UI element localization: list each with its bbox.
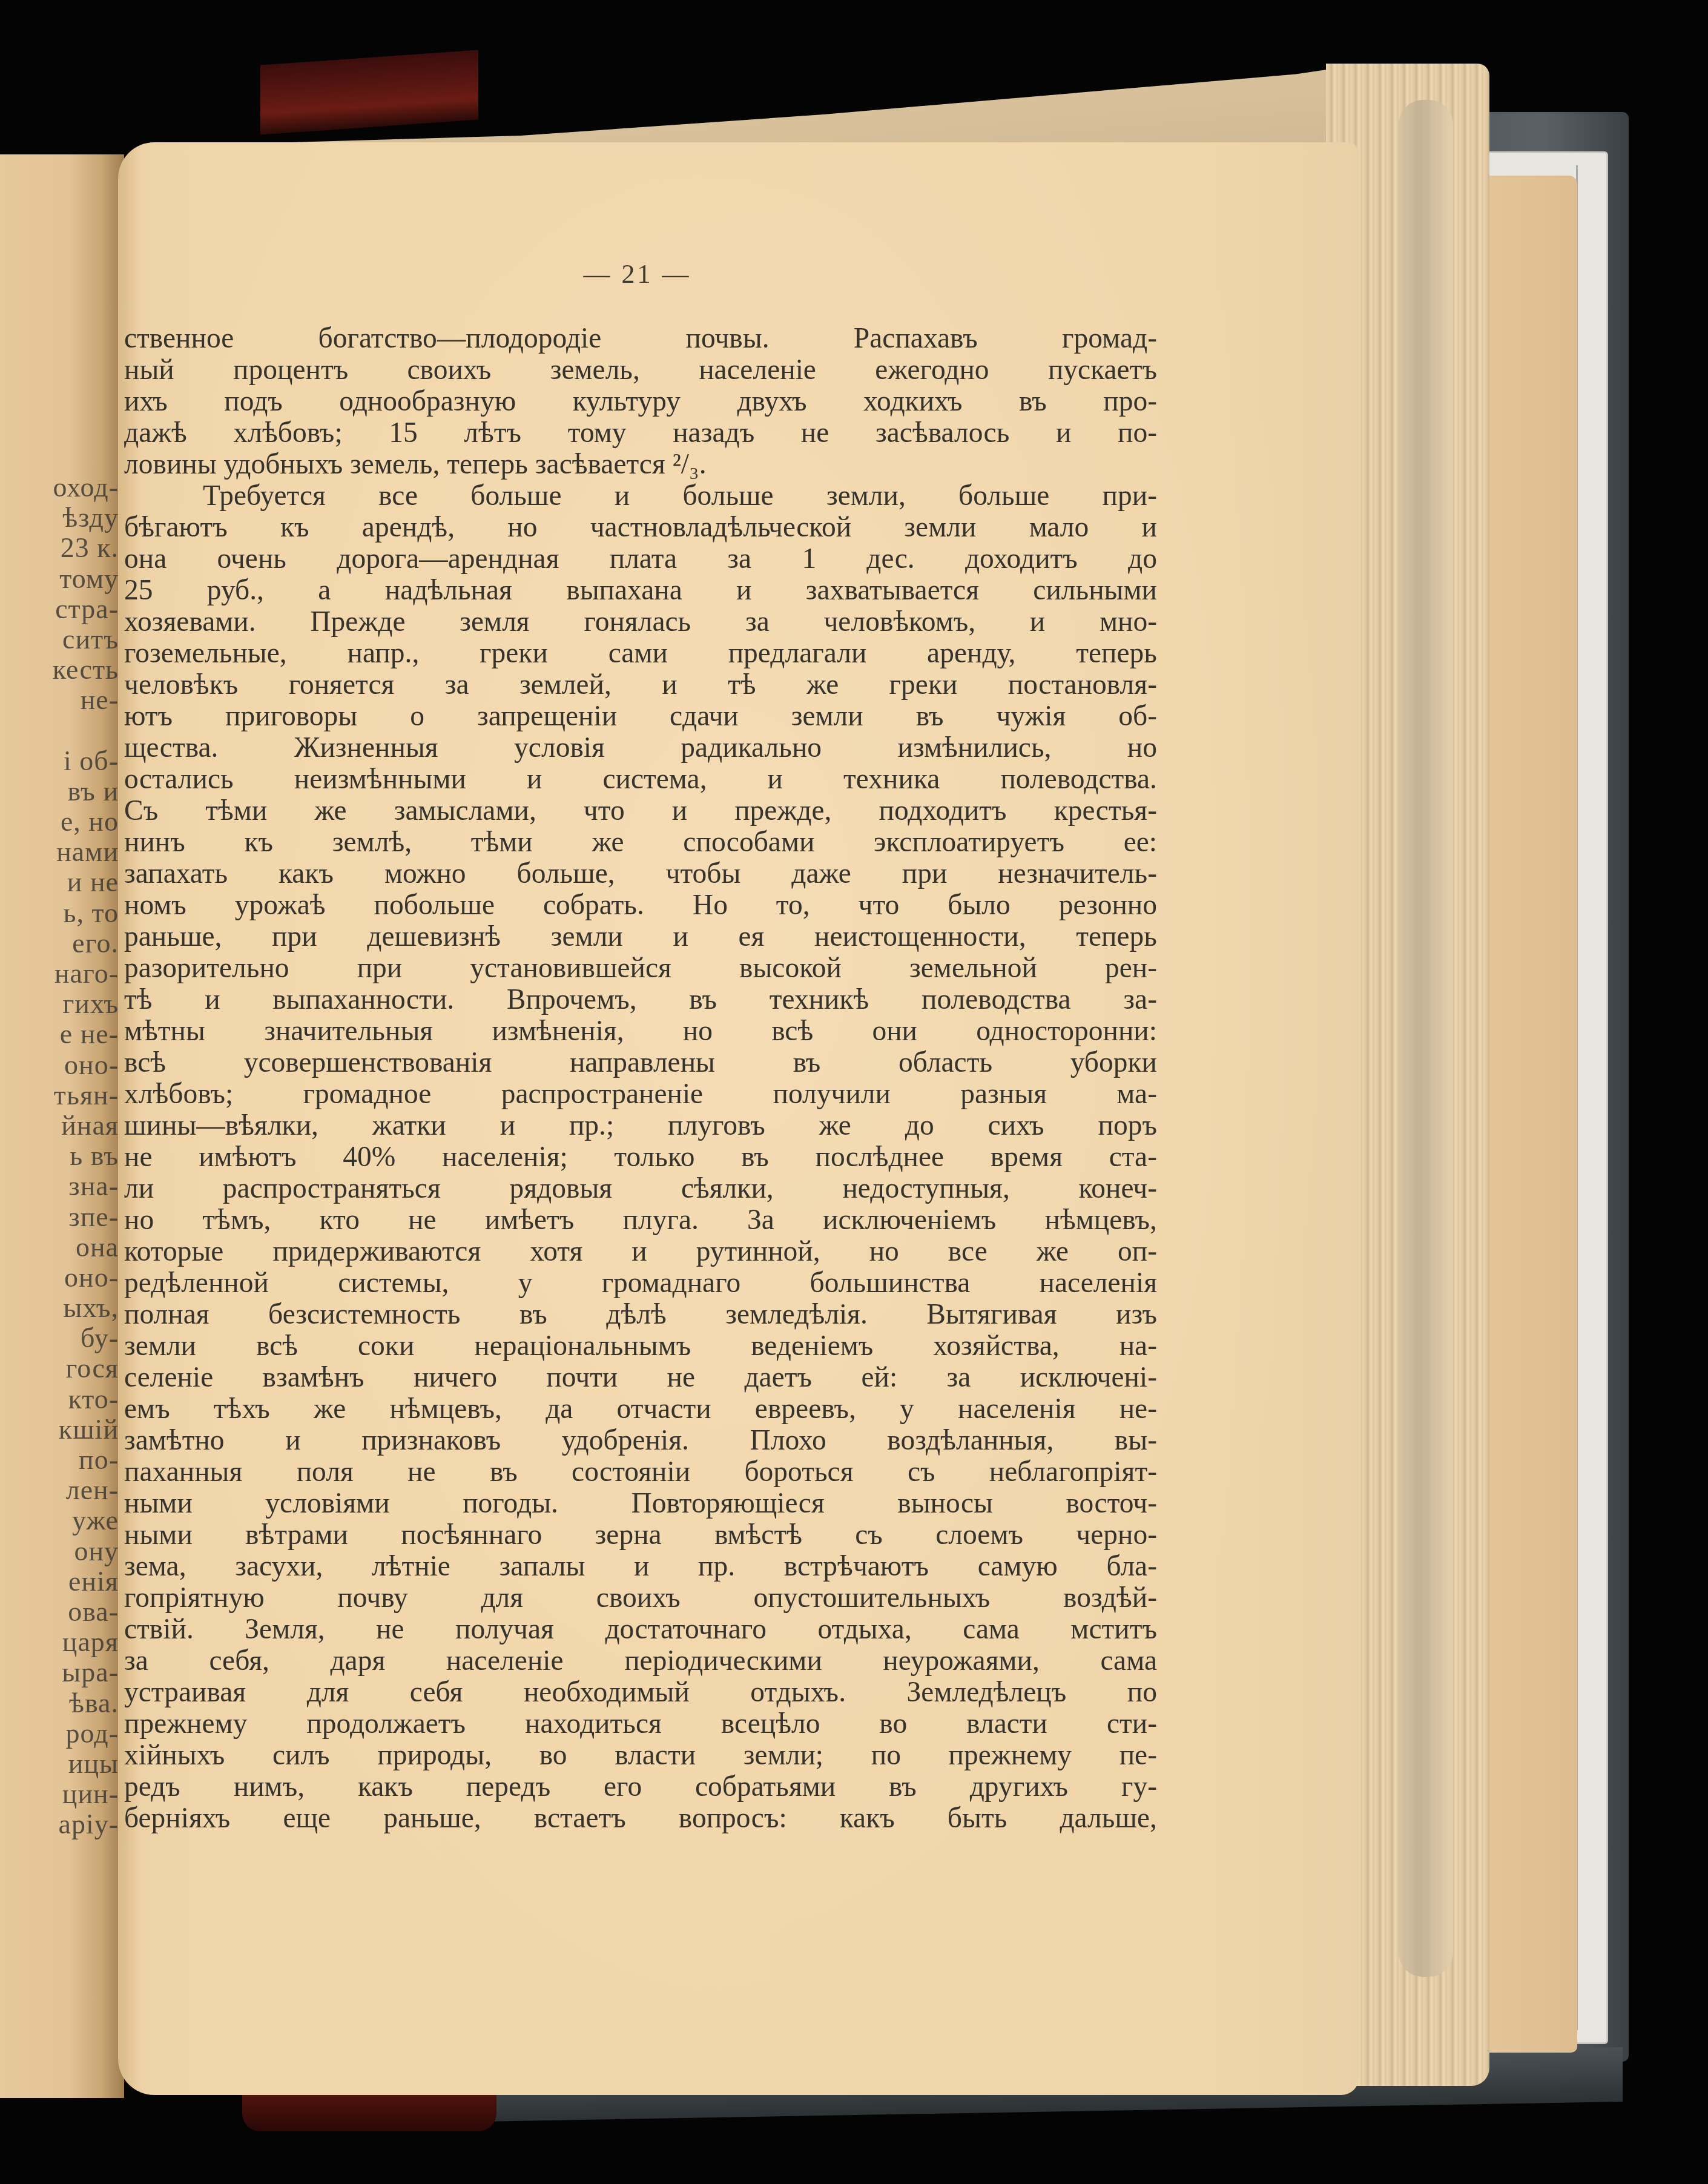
text-line: ственное богатство—плодородіе почвы. Рас… [124, 323, 1157, 354]
left-page-line-fragment: енія [0, 1566, 119, 1597]
text-line: редъ нимъ, какъ передъ его собратьями въ… [124, 1771, 1157, 1803]
left-page-line-fragment: тому [0, 564, 119, 594]
text-line: зема, засухи, лѣтніе запалы и пр. встрѣч… [124, 1551, 1157, 1582]
left-page-line-fragment: въ и [0, 776, 119, 807]
text-line: остались неизмѣнными и система, и техник… [124, 764, 1157, 795]
text-line: ли распространяться рядовыя сѣялки, недо… [124, 1173, 1157, 1204]
text-line: ными условіями погоды. Повторяющіеся вын… [124, 1488, 1157, 1519]
left-page-line-fragment: по- [0, 1445, 119, 1475]
left-page-line-fragment: е не- [0, 1019, 119, 1049]
page-number: — 21 — [118, 259, 1359, 289]
text-line: редѣленной системы, у громаднаго большин… [124, 1267, 1157, 1299]
left-page-line-fragment: кесть [0, 655, 119, 685]
text-line: ихъ подъ однообразную культуру двухъ ход… [124, 386, 1157, 417]
text-line: ствій. Земля, не получая достаточнаго от… [124, 1614, 1157, 1645]
text-line: устраивая для себя необходимый отдыхъ. З… [124, 1677, 1157, 1708]
left-page-line-fragment: тьян- [0, 1080, 119, 1110]
text-line: ными вѣтрами посѣяннаго зерна вмѣстѣ съ … [124, 1519, 1157, 1551]
left-page-line-fragment: царя [0, 1627, 119, 1657]
text-line: селеніе взамѣнъ ничего почти не даетъ ей… [124, 1362, 1157, 1393]
text-line: гоземельные, напр., греки сами предлагал… [124, 638, 1157, 669]
text-line: ловины удобныхъ земель, теперь засѣваетс… [124, 449, 1157, 480]
left-page-line-fragment: зна- [0, 1171, 119, 1201]
text-line: разорительно при установившейся высокой … [124, 952, 1157, 984]
text-line: нинъ къ землѣ, тѣми же способами эксплоа… [124, 826, 1157, 858]
left-page-line-fragment: она [0, 1232, 119, 1262]
left-page-line-fragment: ыра- [0, 1657, 119, 1687]
left-page-line-fragment: йная [0, 1110, 119, 1141]
left-page-line-fragment: ситъ [0, 624, 119, 655]
left-page-line-fragment: оно- [0, 1262, 119, 1293]
left-page-line-fragment: ицы [0, 1749, 119, 1779]
right-page: — 21 — ственное богатство—плодородіе поч… [118, 142, 1359, 2095]
text-line: замѣтно и признаковъ удобренія. Плохо во… [124, 1425, 1157, 1456]
left-page-line-fragment: гося [0, 1353, 119, 1384]
left-page-line-fragment: гихъ [0, 989, 119, 1019]
left-page-line-fragment: аріу- [0, 1809, 119, 1839]
endpaper-tan [1477, 176, 1577, 2053]
left-page-line-fragment: 23 к. [0, 533, 119, 563]
left-page-line-fragment: оход- [0, 472, 119, 503]
left-page-line-fragment: лен- [0, 1475, 119, 1505]
left-page-line-fragment: род- [0, 1718, 119, 1749]
text-line: за себя, даря населеніе періодическими н… [124, 1645, 1157, 1677]
left-page-line-fragment: цин- [0, 1779, 119, 1809]
left-page-line-fragment: стра- [0, 594, 119, 624]
left-page-line-fragment: ь въ [0, 1141, 119, 1171]
left-page-line-fragment: оно- [0, 1050, 119, 1080]
text-line: которые придерживаются хотя и рутинной, … [124, 1236, 1157, 1267]
left-page-line-fragment: ѣва. [0, 1688, 119, 1718]
left-page-line-fragment: наго- [0, 958, 119, 989]
left-page-line-fragment: ыхъ, [0, 1293, 119, 1323]
text-line: запахать какъ можно больше, чтобы даже п… [124, 858, 1157, 889]
text-line: тѣ и выпаханности. Впрочемъ, въ техникѣ … [124, 984, 1157, 1015]
text-line: щества. Жизненныя условія радикально изм… [124, 732, 1157, 764]
left-page-line-fragment: ова- [0, 1597, 119, 1627]
text-line: хозяевами. Прежде земля гонялась за чело… [124, 606, 1157, 638]
left-page-line-fragment: его. [0, 928, 119, 958]
headband-top [260, 50, 478, 134]
left-page-line-fragment: ону [0, 1536, 119, 1566]
left-page-line-fragment [0, 716, 119, 746]
text-line: всѣ усовершенствованія направлены въ обл… [124, 1047, 1157, 1078]
text-line: берніяхъ еще раньше, встаетъ вопросъ: ка… [124, 1803, 1157, 1834]
text-line: мѣтны значительныя измѣненія, но всѣ они… [124, 1015, 1157, 1047]
left-page-line-fragment: е, но [0, 807, 119, 837]
text-line: ный процентъ своихъ земель, населеніе еж… [124, 354, 1157, 386]
text-line: паханныя поля не въ состояніи бороться с… [124, 1456, 1157, 1488]
text-line: прежнему продолжаетъ находиться всецѣло … [124, 1708, 1157, 1740]
left-page-line-fragment: и не [0, 867, 119, 897]
left-page: оход-ѣзду23 к.томустра-ситъкестьне- і об… [0, 154, 124, 2098]
text-line: Требуется все больше и больше земли, бол… [124, 480, 1157, 512]
left-page-line-fragment: кшій [0, 1414, 119, 1445]
left-page-line-fragment: і об- [0, 746, 119, 776]
text-line: не имѣютъ 40% населенія; только въ послѣ… [124, 1141, 1157, 1173]
text-line: хійныхъ силъ природы, во власти земли; п… [124, 1740, 1157, 1771]
text-line: номъ урожаѣ побольше собрать. Но то, что… [124, 889, 1157, 921]
left-page-line-fragment: нами [0, 837, 119, 867]
torn-page-edges [1399, 100, 1453, 1977]
text-line: 25 руб., а надѣльная выпахана и захватыв… [124, 575, 1157, 606]
left-page-line-fragment: не- [0, 685, 119, 715]
left-page-line-fragment: кто- [0, 1384, 119, 1414]
text-line: хлѣбовъ; громадное распространеніе получ… [124, 1078, 1157, 1110]
text-line: она очень дорога—арендная плата за 1 дес… [124, 543, 1157, 575]
text-line: бѣгаютъ къ арендѣ, но частновладѣльческо… [124, 512, 1157, 543]
left-page-line-fragment: уже [0, 1505, 119, 1536]
text-line: раньше, при дешевизнѣ земли и ея неистощ… [124, 921, 1157, 952]
text-line: полная безсистемность въ дѣлѣ земледѣлія… [124, 1299, 1157, 1330]
text-line: человѣкъ гоняется за землей, и тѣ же гре… [124, 669, 1157, 701]
text-line: гопріятную почву для своихъ опустошитель… [124, 1582, 1157, 1614]
left-page-line-fragment: ь, то [0, 898, 119, 928]
left-page-line-fragment: бу- [0, 1323, 119, 1353]
body-text: ственное богатство—плодородіе почвы. Рас… [124, 323, 1157, 1834]
text-line: Съ тѣми же замыслами, что и прежде, подх… [124, 795, 1157, 826]
left-page-line-fragment: зпе- [0, 1202, 119, 1232]
text-line: земли всѣ соки нераціональнымъ веденіемъ… [124, 1330, 1157, 1362]
text-line: шины—вѣялки, жатки и пр.; плуговъ же до … [124, 1110, 1157, 1141]
left-page-line-fragment: ѣзду [0, 503, 119, 533]
text-line: дажѣ хлѣбовъ; 15 лѣтъ тому назадъ не зас… [124, 417, 1157, 449]
text-line: ютъ приговоры о запрещеніи сдачи земли в… [124, 701, 1157, 732]
text-line: емъ тѣхъ же нѣмцевъ, да отчасти евреевъ,… [124, 1393, 1157, 1425]
text-line: но тѣмъ, кто не имѣетъ плуга. За исключе… [124, 1204, 1157, 1236]
left-page-text-fragments: оход-ѣзду23 к.томустра-ситъкестьне- і об… [0, 472, 119, 1839]
